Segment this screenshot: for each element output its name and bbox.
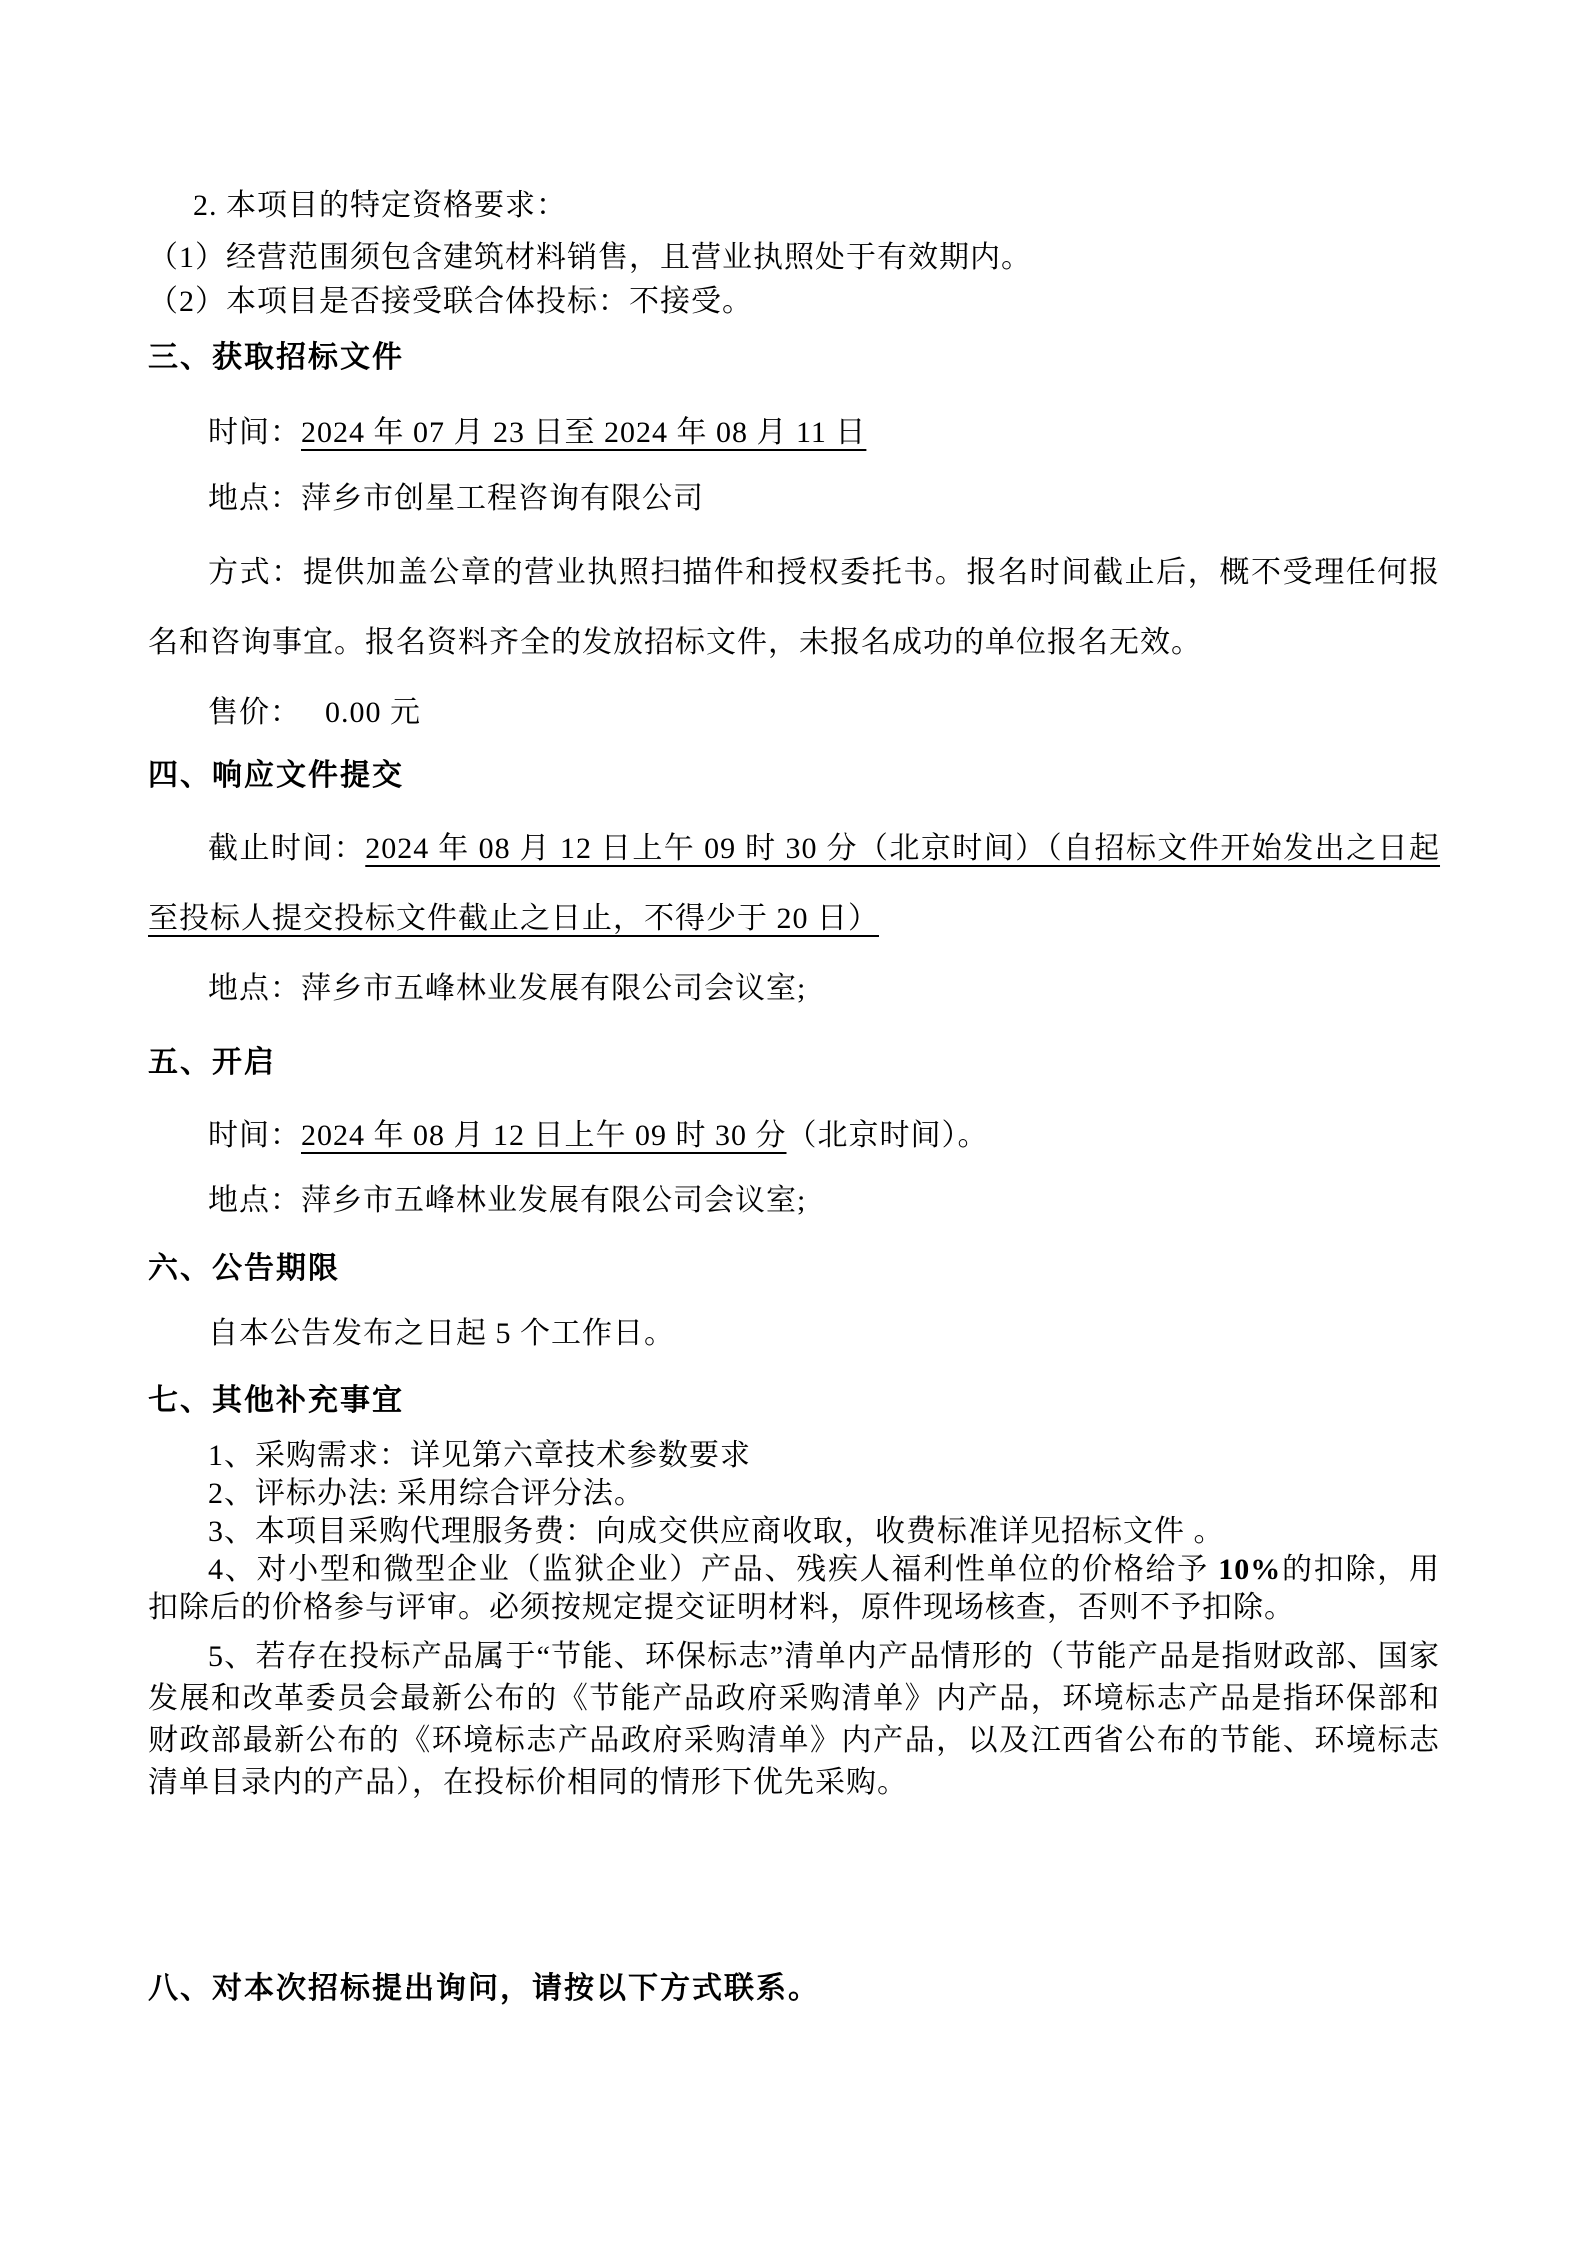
deadline-label: 截止时间： <box>208 832 365 865</box>
item5-text: 5、若存在投标产品属于“节能、环保标志”清单内产品情形的（节能产品是指财政部、国… <box>148 1640 1440 1799</box>
section-seven-item3: 3、本项目采购代理服务费：向成交供应商收取，收费标准详见招标文件 。 <box>148 1513 1440 1551</box>
section-five-heading: 五、开启 <box>148 1043 1440 1083</box>
section-seven-item1: 1、采购需求：详见第六章技术参数要求 <box>148 1437 1440 1475</box>
place-value: 萍乡市五峰林业发展有限公司会议室; <box>301 972 806 1005</box>
section-three-heading-text: 三、获取招标文件 <box>148 341 404 374</box>
section-five-time: 时间：2024 年 08 月 12 日上午 09 时 30 分（北京时间）。 <box>148 1116 1440 1156</box>
item4-prefix: 4、对小型和微型企业（监狱企业）产品、残疾人福利性单位的价格给予 <box>208 1553 1218 1586</box>
section-seven-heading: 七、其他补充事宜 <box>148 1381 1440 1421</box>
place-label: 地点： <box>208 482 301 515</box>
item4-bold-percentage: 10% <box>1218 1553 1281 1586</box>
place-label: 地点： <box>208 972 301 1005</box>
section-three-time: 时间：2024 年 07 月 23 日至 2024 年 08 月 11 日 <box>148 413 1440 453</box>
section-three-price: 售价：0.00 元 <box>148 693 1440 733</box>
section-six-heading-text: 六、公告期限 <box>148 1252 340 1285</box>
price-label: 售价： <box>208 696 301 729</box>
item2-text: 2、评标办法: 采用综合评分法。 <box>208 1477 645 1510</box>
qualification-point1: （1）经营范围须包含建筑材料销售，且营业执照处于有效期内。 <box>148 238 1440 278</box>
section-five-place: 地点：萍乡市五峰林业发展有限公司会议室; <box>148 1181 1440 1221</box>
section-eight-heading-text: 八、对本次招标提出询问，请按以下方式联系。 <box>148 1972 820 2005</box>
section-four-heading: 四、响应文件提交 <box>148 756 1440 796</box>
qualification-item2: 2. 本项目的特定资格要求： <box>148 186 1440 226</box>
section-seven-item2: 2、评标办法: 采用综合评分法。 <box>148 1475 1440 1513</box>
time-value-underlined: 2024 年 07 月 23 日至 2024 年 08 月 11 日 <box>301 416 866 449</box>
section-six-heading: 六、公告期限 <box>148 1249 1440 1289</box>
section-three-heading: 三、获取招标文件 <box>148 338 1440 378</box>
time-suffix: （北京时间）。 <box>787 1119 989 1152</box>
qualification-point1-text: （1）经营范围须包含建筑材料销售，且营业执照处于有效期内。 <box>148 241 1032 274</box>
section-three-place: 地点：萍乡市创星工程咨询有限公司 <box>148 479 1440 519</box>
section-seven-item5: 5、若存在投标产品属于“节能、环保标志”清单内产品情形的（节能产品是指财政部、国… <box>148 1636 1440 1804</box>
section-four-deadline: 截止时间：2024 年 08 月 12 日上午 09 时 30 分（北京时间）（… <box>148 814 1440 954</box>
item3-text: 3、本项目采购代理服务费：向成交供应商收取，收费标准详见招标文件 。 <box>208 1515 1225 1548</box>
tender-document-page: 2. 本项目的特定资格要求： （1）经营范围须包含建筑材料销售，且营业执照处于有… <box>0 0 1587 2245</box>
time-label: 时间： <box>208 416 301 449</box>
place-label: 地点： <box>208 1184 301 1217</box>
qualification-point2: （2）本项目是否接受联合体投标：不接受。 <box>148 282 1440 322</box>
section-four-place: 地点：萍乡市五峰林业发展有限公司会议室; <box>148 969 1440 1009</box>
section-six-body-text: 自本公告发布之日起 5 个工作日。 <box>208 1317 675 1350</box>
section-seven-heading-text: 七、其他补充事宜 <box>148 1384 404 1417</box>
place-value: 萍乡市创星工程咨询有限公司 <box>301 482 704 515</box>
price-value: 0.00 元 <box>325 696 421 729</box>
section-seven-item4: 4、对小型和微型企业（监狱企业）产品、残疾人福利性单位的价格给予 10%的扣除，… <box>148 1551 1440 1627</box>
qualification-item2-text: 2. 本项目的特定资格要求： <box>193 189 567 222</box>
item1-text: 1、采购需求：详见第六章技术参数要求 <box>208 1439 751 1472</box>
section-six-body: 自本公告发布之日起 5 个工作日。 <box>148 1314 1440 1354</box>
section-three-method: 方式：提供加盖公章的营业执照扫描件和授权委托书。报名时间截止后，概不受理任何报名… <box>148 538 1440 678</box>
qualification-point2-text: （2）本项目是否接受联合体投标：不接受。 <box>148 285 753 318</box>
method-text: 提供加盖公章的营业执照扫描件和授权委托书。报名时间截止后，概不受理任何报名和咨询… <box>148 556 1440 659</box>
time-value-underlined: 2024 年 08 月 12 日上午 09 时 30 分 <box>301 1119 787 1152</box>
section-four-heading-text: 四、响应文件提交 <box>148 759 404 792</box>
place-value: 萍乡市五峰林业发展有限公司会议室; <box>301 1184 806 1217</box>
section-five-heading-text: 五、开启 <box>148 1046 276 1079</box>
section-eight-heading: 八、对本次招标提出询问，请按以下方式联系。 <box>148 1969 1440 2009</box>
time-label: 时间： <box>208 1119 301 1152</box>
method-label: 方式： <box>208 556 303 589</box>
